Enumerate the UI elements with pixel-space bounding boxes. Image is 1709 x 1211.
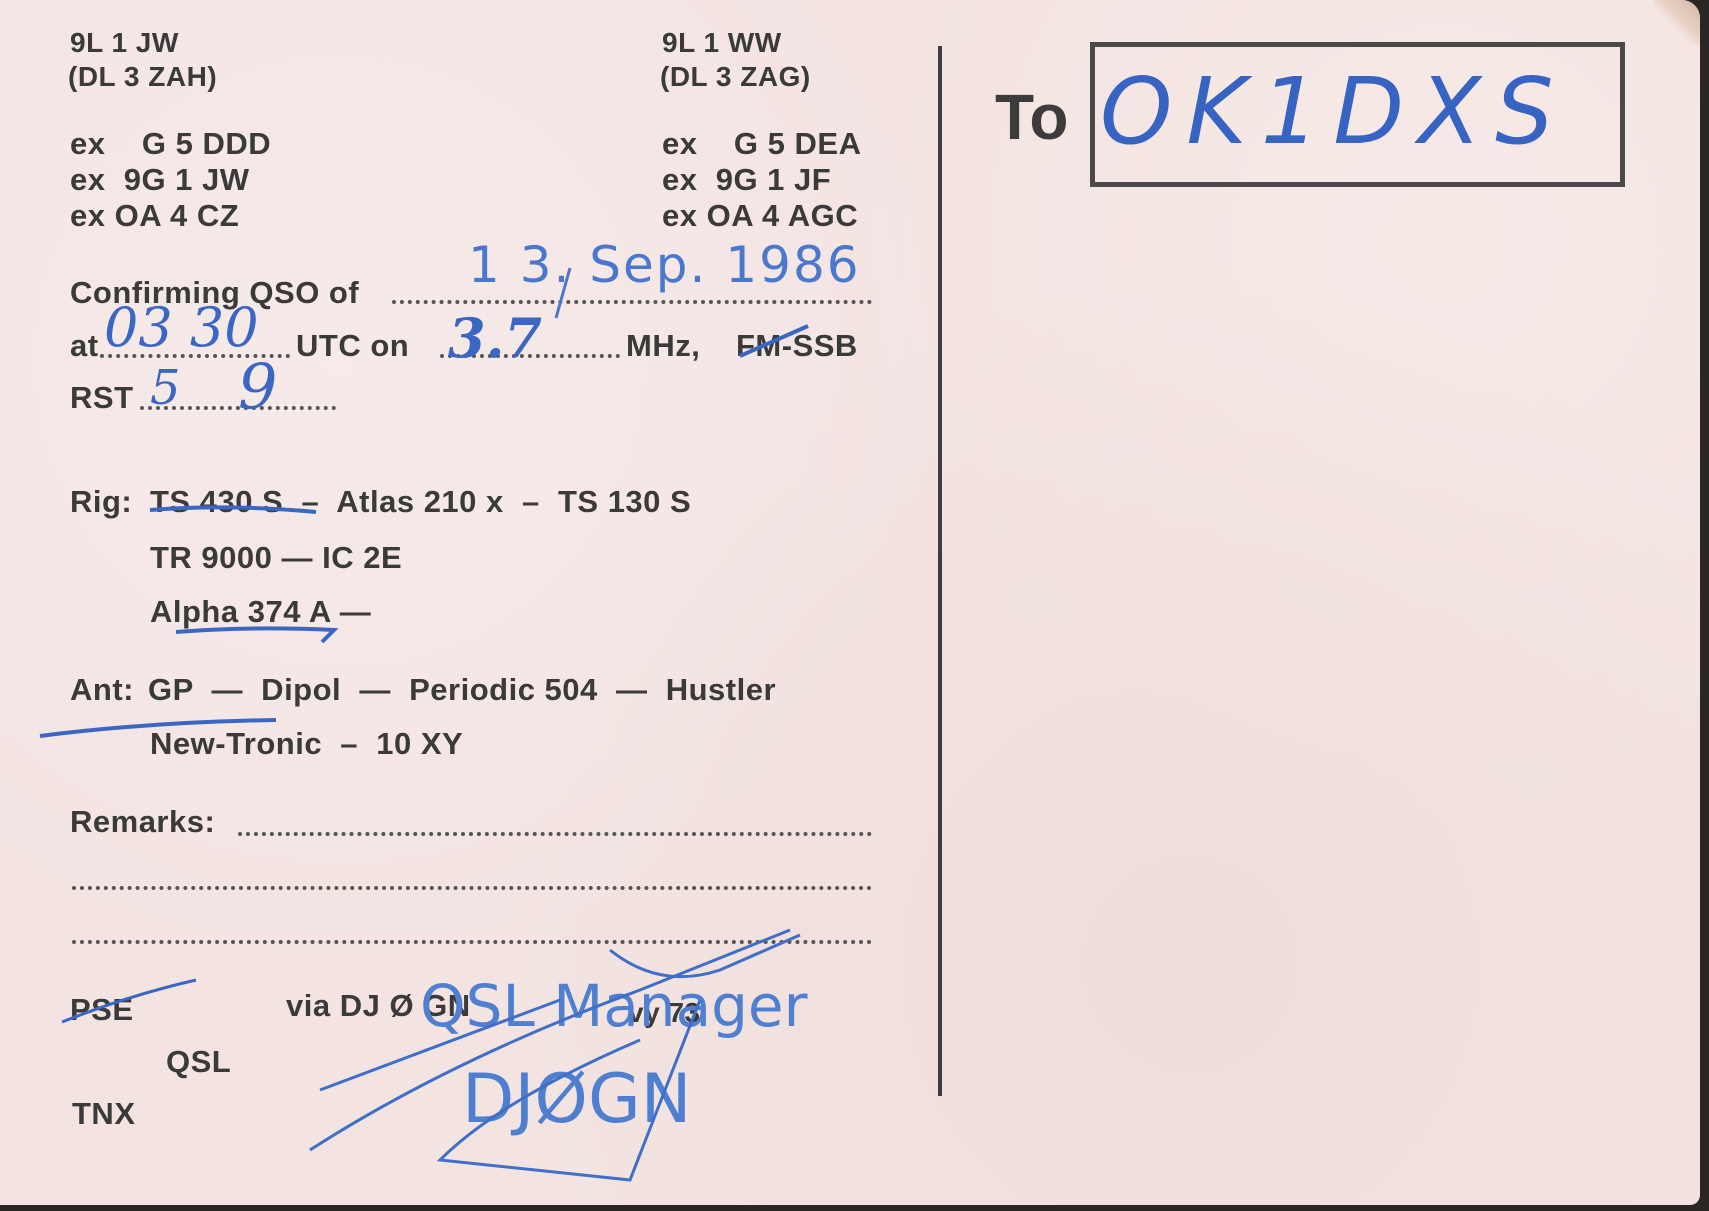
time-value: 03 30 — [104, 296, 259, 359]
right-callsign: 9L 1 WW — [662, 26, 782, 60]
ant-label: Ant: — [70, 672, 134, 708]
right-ex-call-2: ex 9G 1 JF — [662, 162, 831, 198]
stamp-qsl-manager: QSL Manager — [420, 972, 807, 1040]
remarks-dotted-line-2 — [72, 886, 872, 890]
right-home-call: (DL 3 ZAG) — [660, 60, 811, 94]
left-ex-call-3: ex OA 4 CZ — [70, 198, 239, 234]
mhz-label: MHz, — [626, 328, 700, 364]
remarks-label: Remarks: — [70, 804, 215, 840]
left-ex-call-1: ex G 5 DDD — [70, 126, 271, 162]
to-label: To — [995, 80, 1068, 154]
right-ex-call-3: ex OA 4 AGC — [662, 198, 858, 234]
qsl-label: QSL — [166, 1044, 231, 1080]
ant-line-1: GP — Dipol — Periodic 504 — Hustler — [148, 672, 776, 708]
recipient-callsign: OK1DXS — [1100, 58, 1568, 165]
left-ex-call-2: ex 9G 1 JW — [70, 162, 250, 198]
mode-label: FM-SSB — [736, 328, 858, 364]
utc-label: UTC on — [296, 328, 409, 364]
pse-label: PSE — [70, 992, 134, 1028]
rst-value-readability: 5 — [150, 360, 181, 416]
left-home-call: (DL 3 ZAH) — [68, 60, 217, 94]
remarks-dotted-line-1 — [238, 832, 872, 836]
tnx-label: TNX — [72, 1096, 136, 1132]
rig-label: Rig: — [70, 484, 132, 520]
qsl-card: 9L 1 JW (DL 3 ZAH) ex G 5 DDD ex 9G 1 JW… — [0, 0, 1700, 1205]
at-label: at — [70, 328, 99, 364]
left-callsign: 9L 1 JW — [70, 26, 179, 60]
rig-line-1: TS 430 S – Atlas 210 x – TS 130 S — [150, 484, 691, 520]
freq-value: 3.7 — [448, 306, 542, 370]
worn-corner — [1654, 0, 1700, 46]
ant-line-2: New-Tronic – 10 XY — [150, 726, 463, 762]
right-ex-call-1: ex G 5 DEA — [662, 126, 861, 162]
stamp-manager-callsign: DJØGN — [462, 1060, 692, 1139]
remarks-dotted-line-3 — [72, 940, 872, 944]
rig-line-3: Alpha 374 A — — [150, 594, 371, 630]
vertical-divider — [938, 46, 942, 1096]
date-dotted-line — [392, 300, 872, 304]
rst-label: RST — [70, 380, 134, 416]
rig-line-2: TR 9000 — IC 2E — [150, 540, 402, 576]
rst-value-strength: 9 — [238, 350, 277, 423]
date-stamp: 1 3. Sep. 1986 — [468, 236, 861, 294]
